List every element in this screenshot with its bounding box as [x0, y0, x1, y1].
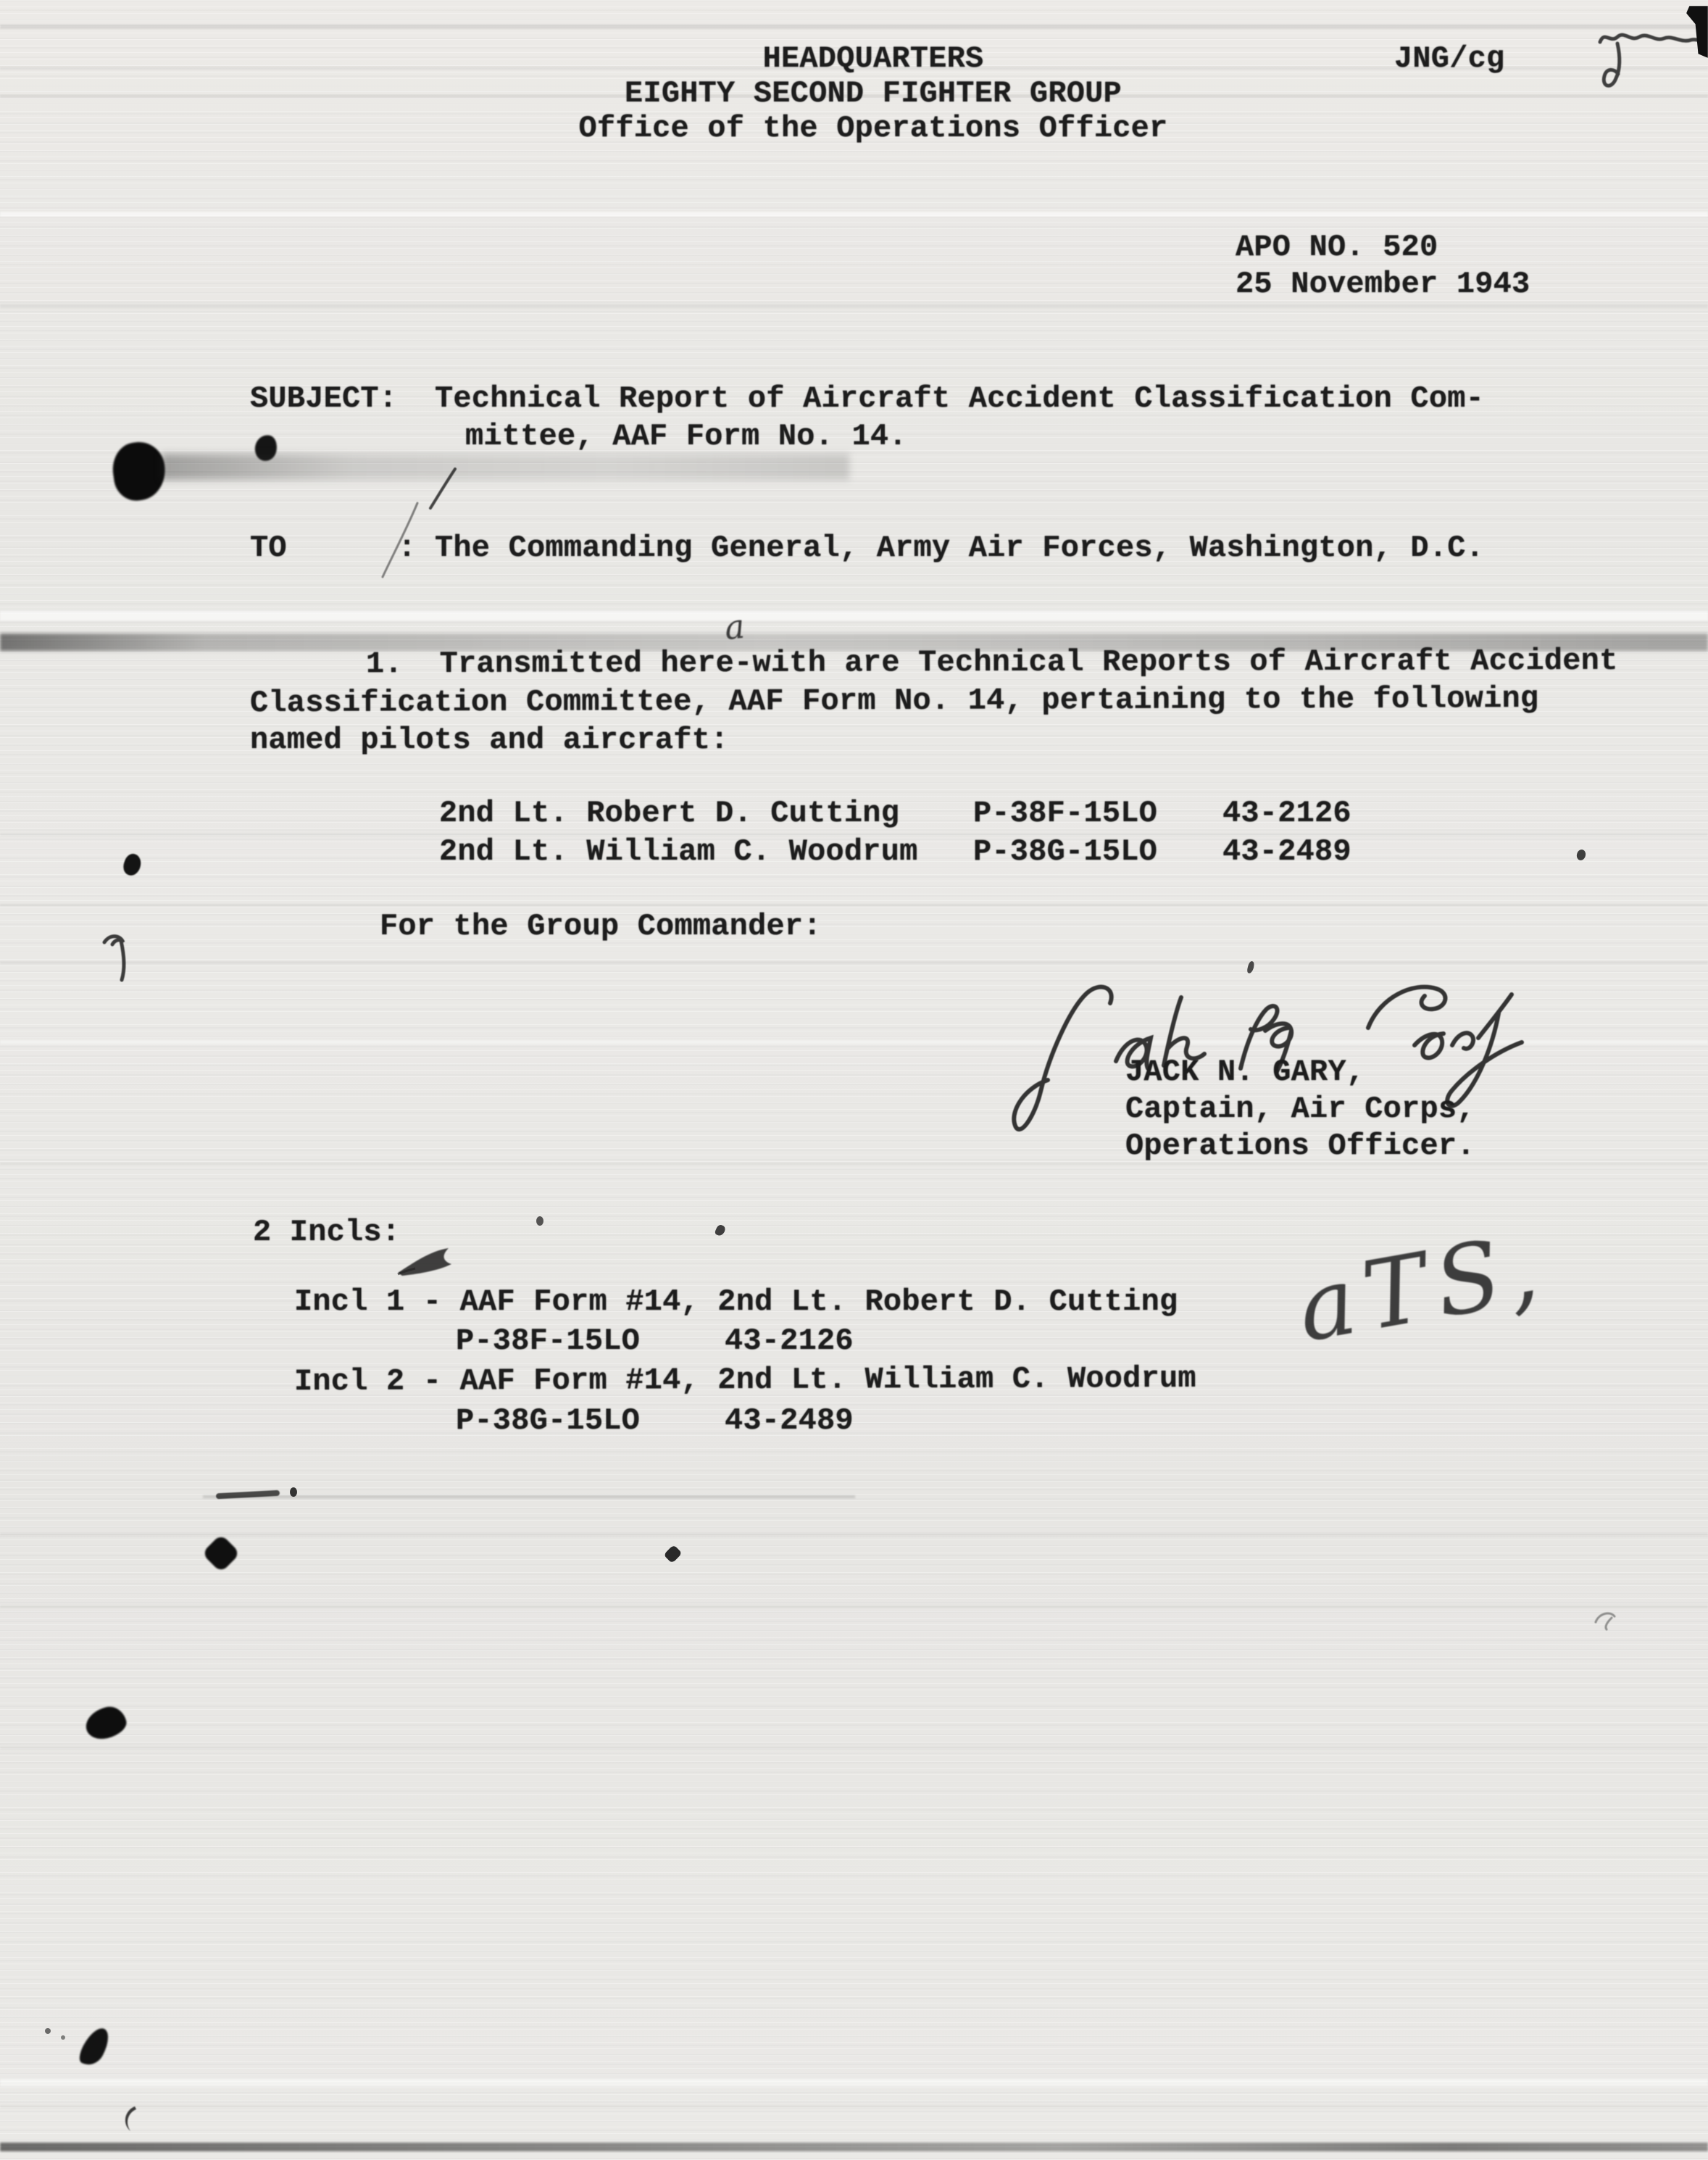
pencil-note-handwritten: aTS,: [1289, 1211, 1555, 1363]
speck: [536, 1216, 543, 1226]
scan-streak: [203, 1495, 855, 1498]
scanned-memo-page: HEADQUARTERS EIGHTY SECOND FIGHTER GROUP…: [0, 0, 1708, 2160]
signer-title: Operations Officer.: [1125, 1127, 1475, 1166]
scan-streak: [0, 25, 1708, 28]
aircraft-row: 2nd Lt. William C. Woodrum P-38G-15LO 43…: [439, 833, 1454, 871]
subject-text-line1: Technical Report of Aircraft Accident Cl…: [435, 380, 1484, 418]
speck: [1575, 849, 1586, 862]
enclosure-detail: P-38G-15LO 43-2489: [456, 1402, 1036, 1440]
scan-streak: [0, 304, 1708, 308]
aircraft-model: P-38F-15LO: [973, 794, 1157, 833]
ink-dash: [216, 1490, 280, 1500]
para1-line1: 1. Transmitted here-with are Technical R…: [366, 642, 1618, 684]
scan-streak: [0, 1606, 1708, 1608]
apo-line: APO NO. 520: [1236, 228, 1438, 267]
pen-slash-mark: [428, 468, 460, 511]
signer-rank: Captain, Air Corps,: [1125, 1090, 1475, 1129]
speck: [45, 2028, 51, 2034]
speck: [290, 1487, 297, 1497]
scan-streak: [0, 904, 1708, 906]
date-line: 25 November 1943: [1236, 265, 1530, 304]
signer-name: JACK N. GARY,: [1125, 1053, 1365, 1092]
header-line-headquarters: HEADQUARTERS: [572, 40, 1174, 78]
subject-label: SUBJECT:: [250, 380, 397, 418]
margin-mark-handwritten: a: [722, 607, 746, 648]
enclosure-detail: P-38F-15LO 43-2126: [456, 1322, 1036, 1361]
to-colon: :: [398, 529, 416, 568]
aircraft-model: P-38F-15LO: [456, 1322, 640, 1361]
ink-blot: [83, 1703, 129, 1742]
enclosure-item: Incl 1 - AAF Form #14, 2nd Lt. Robert D.…: [294, 1283, 1178, 1321]
para1-line2: Classification Committee, AAF Form No. 1…: [250, 680, 1538, 723]
faint-squiggle: [1591, 1608, 1620, 1632]
para1-line3: named pilots and aircraft:: [250, 721, 729, 760]
aircraft-model: P-38G-15LO: [973, 833, 1157, 871]
scan-streak: [0, 2106, 1708, 2108]
subject-text-line2: mittee, AAF Form No. 14.: [465, 418, 907, 456]
pen-check-mark: [99, 931, 136, 984]
scan-streak: [0, 212, 1708, 217]
bottom-smear-band: [0, 2143, 1708, 2151]
speck: [121, 852, 144, 878]
to-value: The Commanding General, Army Air Forces,…: [435, 529, 1484, 568]
aircraft-serial: 43-2489: [1222, 833, 1351, 871]
aircraft-model: P-38G-15LO: [456, 1402, 640, 1440]
aircraft-serial: 43-2126: [725, 1322, 854, 1361]
pilot-name: 2nd Lt. William C. Woodrum: [439, 833, 918, 871]
aircraft-serial: 43-2126: [1222, 794, 1351, 833]
speck: [61, 2035, 65, 2040]
speck: [663, 1545, 682, 1563]
closing-line: For the Group Commander:: [380, 907, 822, 946]
header-line-office: Office of the Operations Officer: [572, 109, 1174, 148]
scan-streak: [0, 1747, 1708, 1749]
top-right-scribble: [1594, 20, 1707, 104]
speck: [714, 1224, 726, 1237]
ink-blot: [109, 439, 169, 503]
pilot-name: 2nd Lt. Robert D. Cutting: [439, 794, 899, 833]
ink-blot: [201, 1534, 241, 1573]
ink-curl-speck: [119, 2103, 139, 2135]
aircraft-serial: 43-2489: [725, 1402, 854, 1440]
ink-smudge-arrow: [395, 1242, 457, 1280]
enclosure-item: Incl 2 - AAF Form #14, 2nd Lt. William C…: [294, 1360, 1196, 1401]
enclosures-heading: 2 Incls:: [253, 1213, 400, 1252]
scan-streak: [0, 611, 1708, 620]
aircraft-row: 2nd Lt. Robert D. Cutting P-38F-15LO 43-…: [439, 794, 1454, 833]
scan-streak: [0, 1533, 1708, 1535]
ink-smear: [161, 454, 849, 480]
reference-code: JNG/cg: [1394, 40, 1504, 78]
scan-streak: [0, 2079, 1708, 2086]
to-label: TO: [250, 529, 287, 568]
header-line-unit: EIGHTY SECOND FIGHTER GROUP: [572, 75, 1174, 113]
ink-blot-comma: [76, 2024, 114, 2070]
